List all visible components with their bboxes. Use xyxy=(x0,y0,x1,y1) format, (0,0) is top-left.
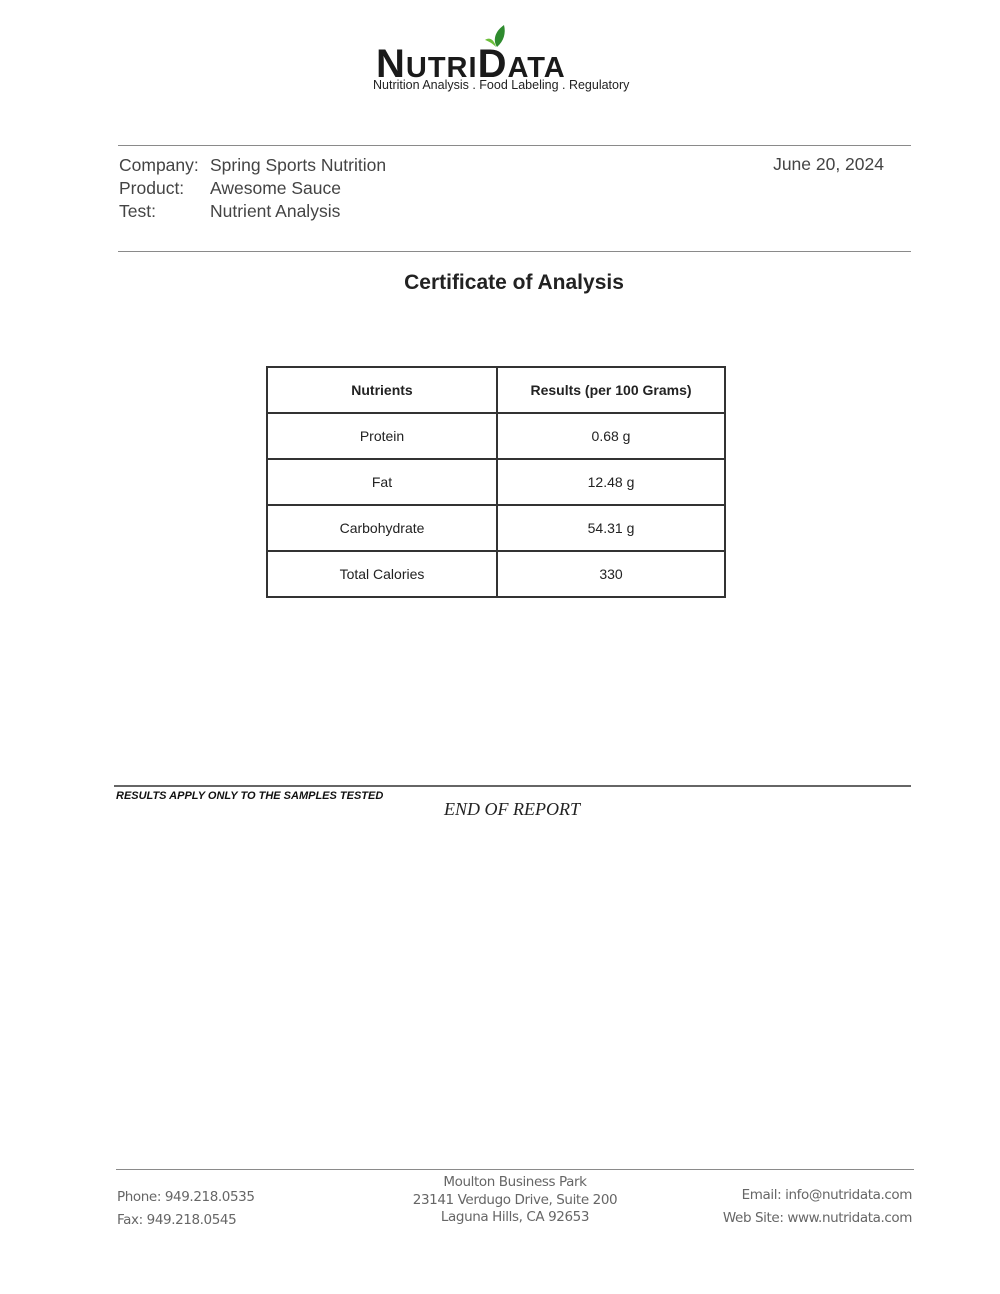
footer-divider xyxy=(116,1169,914,1170)
company-row: Company: Spring Sports Nutrition xyxy=(119,154,386,177)
nutrient-name: Fat xyxy=(267,459,497,505)
page-title: Certificate of Analysis xyxy=(0,271,1000,295)
address-line-2: 23141 Verdugo Drive, Suite 200 xyxy=(400,1192,630,1210)
product-value: Awesome Sauce xyxy=(210,177,341,200)
nutrient-result: 12.48 g xyxy=(497,459,725,505)
nutrient-result: 330 xyxy=(497,551,725,597)
table-row: Total Calories 330 xyxy=(267,551,725,597)
footer-email: Email: info@nutridata.com xyxy=(723,1184,912,1207)
table-row: Protein 0.68 g xyxy=(267,413,725,459)
report-info: Company: Spring Sports Nutrition Product… xyxy=(119,154,386,223)
footer-fax: Fax: 949.218.0545 xyxy=(117,1209,255,1232)
product-label: Product: xyxy=(119,177,210,200)
test-label: Test: xyxy=(119,200,210,223)
nutridata-logo: NUTRIDATA Nutrition Analysis . Food Labe… xyxy=(372,20,632,100)
header-divider-top xyxy=(118,145,911,146)
footer-online: Email: info@nutridata.com Web Site: www.… xyxy=(723,1184,912,1230)
footer-contact: Phone: 949.218.0535 Fax: 949.218.0545 xyxy=(117,1186,255,1232)
disclaimer-text: RESULTS APPLY ONLY TO THE SAMPLES TESTED xyxy=(116,790,383,802)
footer-website: Web Site: www.nutridata.com xyxy=(723,1207,912,1230)
footer-address: Moulton Business Park 23141 Verdugo Driv… xyxy=(400,1174,630,1227)
results-table: Nutrients Results (per 100 Grams) Protei… xyxy=(266,366,726,598)
nutrient-name: Total Calories xyxy=(267,551,497,597)
nutrient-result: 54.31 g xyxy=(497,505,725,551)
test-value: Nutrient Analysis xyxy=(210,200,340,223)
product-row: Product: Awesome Sauce xyxy=(119,177,386,200)
address-line-1: Moulton Business Park xyxy=(400,1174,630,1192)
results-divider xyxy=(114,785,911,787)
company-value: Spring Sports Nutrition xyxy=(210,154,386,177)
footer-phone: Phone: 949.218.0535 xyxy=(117,1186,255,1209)
table-row: Fat 12.48 g xyxy=(267,459,725,505)
nutrient-result: 0.68 g xyxy=(497,413,725,459)
company-label: Company: xyxy=(119,154,210,177)
test-row: Test: Nutrient Analysis xyxy=(119,200,386,223)
report-date: June 20, 2024 xyxy=(773,154,884,175)
address-line-3: Laguna Hills, CA 92653 xyxy=(400,1209,630,1227)
table-row: Carbohydrate 54.31 g xyxy=(267,505,725,551)
header-divider-bottom xyxy=(118,251,911,252)
logo-tagline: Nutrition Analysis . Food Labeling . Reg… xyxy=(373,78,629,92)
nutrient-name: Protein xyxy=(267,413,497,459)
end-of-report: END OF REPORT xyxy=(444,799,580,820)
table-header-row: Nutrients Results (per 100 Grams) xyxy=(267,367,725,413)
column-header-nutrients: Nutrients xyxy=(267,367,497,413)
nutrient-name: Carbohydrate xyxy=(267,505,497,551)
column-header-results: Results (per 100 Grams) xyxy=(497,367,725,413)
